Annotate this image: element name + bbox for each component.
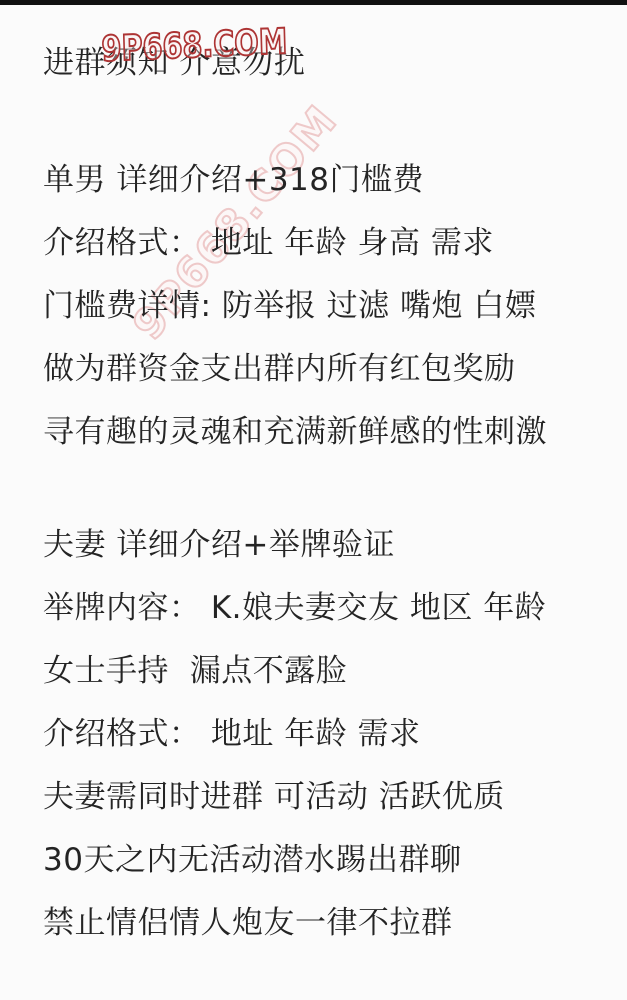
section-couple: 夫妻 详细介绍+举牌验证 举牌内容： K.娘夫妻交友 地区 年龄 女士手持 漏点… bbox=[43, 514, 617, 955]
notice-line: 做为群资金支出群内所有红包奖励 bbox=[43, 338, 617, 401]
notice-line: 夫妻 详细介绍+举牌验证 bbox=[43, 514, 617, 577]
notice-line: 寻有趣的灵魂和充满新鲜感的性刺激 bbox=[43, 401, 617, 464]
notice-line: 30天之内无活动潜水踢出群聊 bbox=[43, 829, 617, 892]
notice-line: 夫妻需同时进群 可活动 活跃优质 bbox=[43, 766, 617, 829]
notice-body: 进群须知 介意勿扰 单男 详细介绍+318门槛费 介绍格式： 地址 年龄 身高 … bbox=[43, 0, 617, 955]
notice-line: 门槛费详情: 防举报 过滤 嘴炮 白嫖 bbox=[43, 275, 617, 338]
top-border-bar bbox=[0, 0, 627, 5]
notice-line: 单男 详细介绍+318门槛费 bbox=[43, 149, 617, 212]
section-single-male: 单男 详细介绍+318门槛费 介绍格式： 地址 年龄 身高 需求 门槛费详情: … bbox=[43, 149, 617, 464]
notice-line: 介绍格式： 地址 年龄 身高 需求 bbox=[43, 212, 617, 275]
notice-line: 禁止情侣情人炮友一律不拉群 bbox=[43, 892, 617, 955]
notice-line: 女士手持 漏点不露脸 bbox=[43, 640, 617, 703]
notice-line: 举牌内容： K.娘夫妻交友 地区 年龄 bbox=[43, 577, 617, 640]
notice-line: 介绍格式： 地址 年龄 需求 bbox=[43, 703, 617, 766]
page-title: 进群须知 介意勿扰 bbox=[43, 32, 617, 95]
